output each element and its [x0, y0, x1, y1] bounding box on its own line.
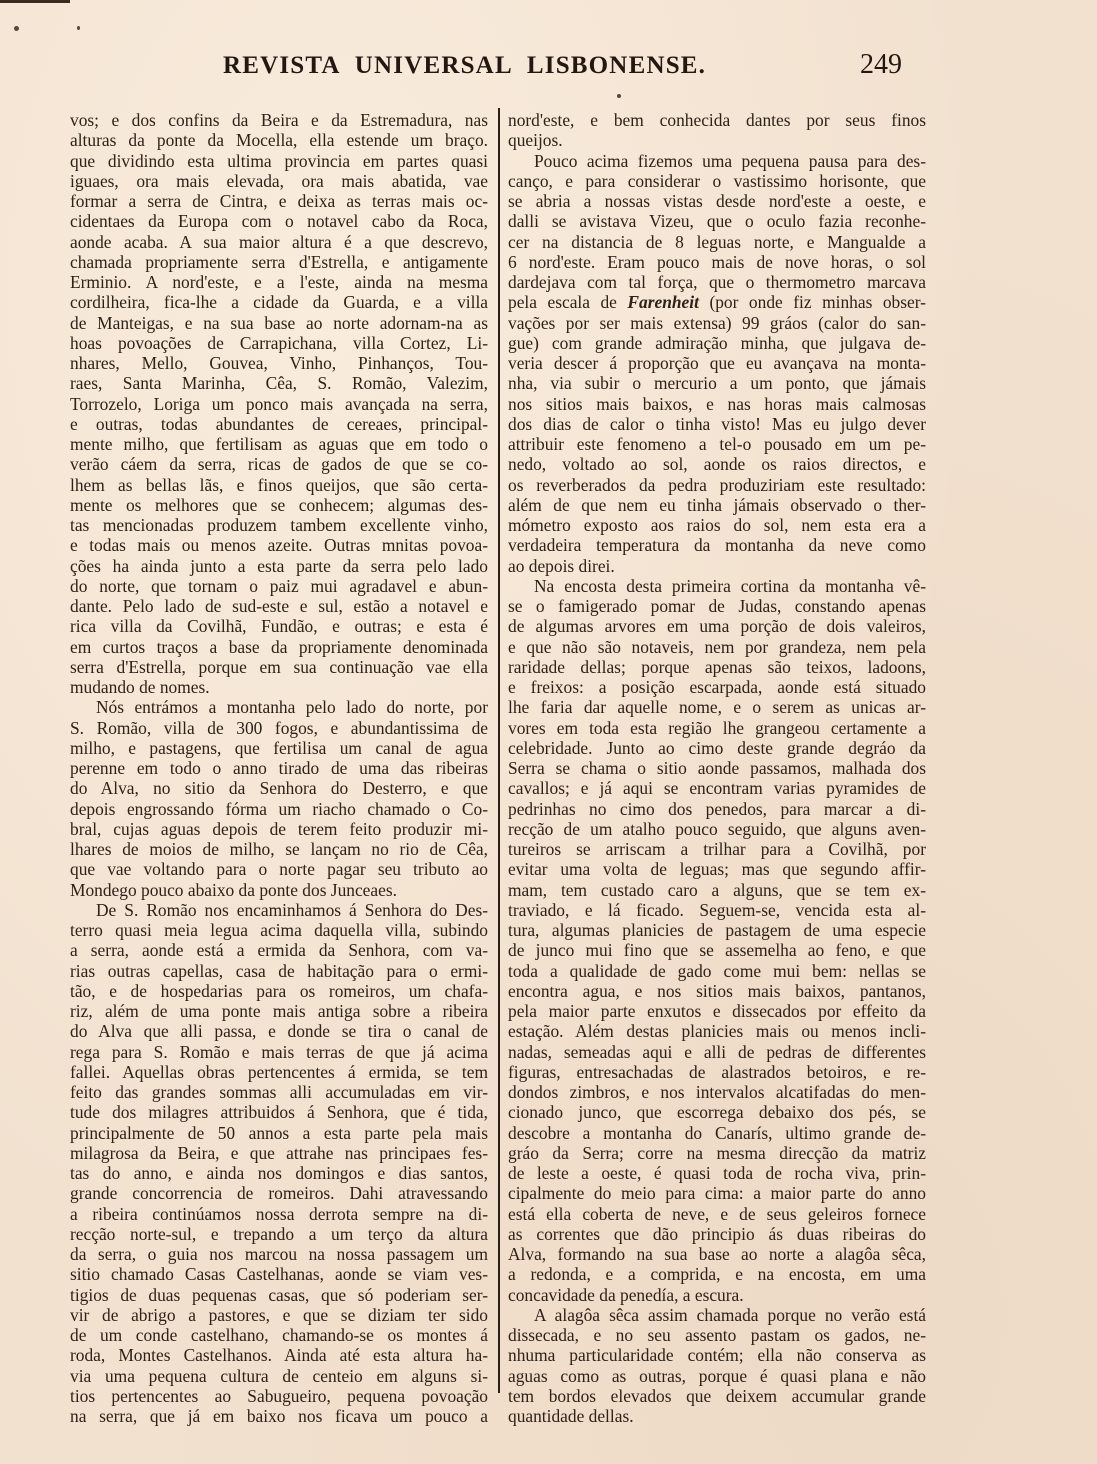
text-line: serra d'Estrella, porque em sua continua… [70, 657, 488, 677]
journal-title: REVISTA UNIVERSAL LISBONENSE. [223, 52, 706, 80]
text-line: além de que nem eu tinha jámais observad… [508, 495, 926, 515]
text-line: está ella coberta de neve, e de seus gel… [508, 1204, 926, 1224]
text-line: riz, além de uma ponte mais antiga sobre… [70, 1001, 488, 1021]
text-line: nos sitios mais baixos, e nas horas mais… [508, 394, 926, 414]
text-line: dalli se avistava Vizeu, que o oculo faz… [508, 211, 926, 231]
text-line: rica villa da Covilhã, Fundão, e outras;… [70, 616, 488, 636]
text-line: cordilheira, fica-lhe a cidade da Guarda… [70, 292, 488, 312]
text-line: as correntes que dão principio ás duas r… [508, 1224, 926, 1244]
text-line: formar a serra de Cintra, e deixa as ter… [70, 191, 488, 211]
column-rule [498, 108, 500, 1393]
text-line: feito das grandes sommas alli accumulada… [70, 1082, 488, 1102]
text-line: Serra se chama o sitio aonde passamos, m… [508, 758, 926, 778]
text-line: raridade dellas; porque apenas são teixo… [508, 657, 926, 677]
text-line: raes, Santa Marinha, Cêa, S. Romão, Vale… [70, 373, 488, 393]
scanned-page: REVISTA UNIVERSAL LISBONENSE. 249 vos; e… [0, 0, 1097, 1464]
text-line: cavallos; e já aqui se encontram varias … [508, 778, 926, 798]
text-line: verão cáem da serra, ricas de gados de q… [70, 454, 488, 474]
text-line: se abria a nossas vistas desde nord'este… [508, 191, 926, 211]
text-line: lhem as bellas lãs, e finos queijos, que… [70, 475, 488, 495]
text-line: dos dias de calor o tinha visto! Mas eu … [508, 414, 926, 434]
text-line: ao depois direi. [508, 556, 926, 576]
text-line: S. Romão, villa de 300 fogos, e abundant… [70, 718, 488, 738]
text-line: encontra agua, e nos sitios mais baixos,… [508, 981, 926, 1001]
text-line: de junco mui fino que se assemelha ao fe… [508, 940, 926, 960]
page-edge-shadow [0, 0, 70, 3]
text-line: tude dos milagres attribuidos á Senhora,… [70, 1102, 488, 1122]
text-line: alturas da ponte da Mocella, ella estend… [70, 130, 488, 150]
text-line: cipalmente do meio para cima: a maior pa… [508, 1183, 926, 1203]
text-line: vos; e dos confins da Beira e da Estrema… [70, 110, 488, 130]
text-line: do Alva, no sitio da Senhora do Desterro… [70, 778, 488, 798]
text-line: do Alva que alli passa, e donde se tira … [70, 1021, 488, 1041]
text-line: De S. Romão nos encaminhamos á Senhora d… [70, 900, 488, 920]
text-line: quantidade dellas. [508, 1406, 926, 1426]
text-line: e freixos: a posição escarpada, aonde es… [508, 677, 926, 697]
text-line: tão, e de hospedarias para os romeiros, … [70, 981, 488, 1001]
text-line: recção norte-sul, e trepando a um terço … [70, 1224, 488, 1244]
text-line: pedrinhas no cimo dos penedos, para marc… [508, 799, 926, 819]
text-line: em curtos traços a base da propriamente … [70, 637, 488, 657]
paper-speck [77, 26, 80, 30]
text-line: attribuir este fenomeno a tel-o pousado … [508, 434, 926, 454]
text-line: mómetro exposto aos raios do sol, nem es… [508, 515, 926, 535]
text-line: A alagôa sêca assim chamada porque no ve… [508, 1305, 926, 1325]
text-line: ções ha ainda junto a esta parte da serr… [70, 556, 488, 576]
text-line: mente os melhores que se conhecem; algum… [70, 495, 488, 515]
text-line: concavidade da penedía, a escura. [508, 1285, 926, 1305]
text-line: iguaes, ora mais elevada, ora mais abati… [70, 171, 488, 191]
text-line: nord'este, e bem conhecida dantes por se… [508, 110, 926, 130]
text-line: pela escala de Farenheit (por onde fiz m… [508, 292, 926, 312]
text-line: evitar uma volta de leguas; mas que segu… [508, 859, 926, 879]
text-line: os reverberados da pedra produziriam est… [508, 475, 926, 495]
text-line: Na encosta desta primeira cortina da mon… [508, 576, 926, 596]
paper-speck [14, 26, 19, 31]
italic-term: Farenheit [627, 292, 699, 312]
text-line: milagrosa da Beira, e que attrahe nas pr… [70, 1143, 488, 1163]
running-header: REVISTA UNIVERSAL LISBONENSE. 249 [60, 52, 940, 86]
text-line: Erminio. A nord'este, e a l'este, ainda … [70, 272, 488, 292]
text-line: a ribeira continúamos nossa derrota semp… [70, 1204, 488, 1224]
text-line: a serra, aonde está a ermida da Senhora,… [70, 940, 488, 960]
text-line: recção de um atalho pouco seguido, que a… [508, 819, 926, 839]
text-line: roda, Montes Castelhanos. Ainda até esta… [70, 1345, 488, 1365]
text-column-left: vos; e dos confins da Beira e da Estrema… [70, 110, 488, 1426]
text-column-right: nord'este, e bem conhecida dantes por se… [508, 110, 926, 1426]
text-line: canço, e para considerar o vastissimo ho… [508, 171, 926, 191]
text-line: cidentaes da Europa com o notavel cabo d… [70, 211, 488, 231]
text-line: tura, algumas planicies de pastagem de u… [508, 920, 926, 940]
paper-speck [617, 94, 621, 98]
text-line: Alva, formando na sua base ao norte a al… [508, 1244, 926, 1264]
text-line: vores em toda esta região lhe grangeou c… [508, 718, 926, 738]
text-line: e que não são notaveis, nem por grandeza… [508, 637, 926, 657]
text-line: traviado, e lá ficado. Seguem-se, vencid… [508, 900, 926, 920]
text-line: aguas como as outras, porque é quasi pla… [508, 1366, 926, 1386]
text-line: de Manteigas, e na sua base ao norte ado… [70, 313, 488, 333]
text-line: bral, cujas aguas depois de terem feito … [70, 819, 488, 839]
text-line: hoas povoações de Carrapichana, villa Co… [70, 333, 488, 353]
text-line: tios pertencentes ao Sabugueiro, pequena… [70, 1386, 488, 1406]
page-number: 249 [860, 49, 902, 81]
text-line: lhe faria dar aquelle nome, e o serem as… [508, 697, 926, 717]
text-line: de algumas arvores em uma porção de dois… [508, 616, 926, 636]
text-line: celebridade. Junto ao cimo deste grande … [508, 738, 926, 758]
text-line: a redonda, e a comprida, e na encosta, e… [508, 1264, 926, 1284]
text-line: na serra, que já em baixo nos ficava um … [70, 1406, 488, 1426]
text-line: depois engrossando fórma um riacho chama… [70, 799, 488, 819]
text-line: 6 nord'este. Eram pouco mais de nove hor… [508, 252, 926, 272]
text-line: grande concorrencia de romeiros. Dahi at… [70, 1183, 488, 1203]
text-line: Pouco acima fizemos uma pequena pausa pa… [508, 151, 926, 171]
text-line: vir de abrigo a pastores, e que se dizia… [70, 1305, 488, 1325]
text-line: do norte, que tornam o paiz mui agradave… [70, 576, 488, 596]
text-line: Torrozelo, Loriga um ponco mais avançada… [70, 394, 488, 414]
text-line: principalmente de 50 annos a esta parte … [70, 1123, 488, 1143]
text-line: pela maior parte enxutos e dissecados po… [508, 1001, 926, 1021]
text-line: cer na distancia de 8 leguas norte, e Ma… [508, 232, 926, 252]
text-line: nha, via subir o mercurio a um ponto, qu… [508, 373, 926, 393]
text-line: verdadeira temperatura da montanha da ne… [508, 535, 926, 555]
text-line: estação. Além destas planicies mais ou m… [508, 1021, 926, 1041]
text-line: fallei. Aquellas obras pertencentes á er… [70, 1062, 488, 1082]
text-line: rias outras capellas, casa de habitação … [70, 961, 488, 981]
text-line: gráo da Serra; corre na mesma direcção d… [508, 1143, 926, 1163]
text-line: e outras, todas abundantes de cereaes, p… [70, 414, 488, 434]
text-line: nhuma particularidade contém; ella não c… [508, 1345, 926, 1365]
text-line: mente milho, que fertilisam as aguas que… [70, 434, 488, 454]
text-line: sitio chamado Casas Castelhanas, aonde s… [70, 1264, 488, 1284]
text-line: tas mencionadas produzem tambem excellen… [70, 515, 488, 535]
text-line: da serra, o guia nos marcou na nossa pas… [70, 1244, 488, 1264]
text-line: via uma pequena cultura de centeio em al… [70, 1366, 488, 1386]
text-line: dissecada, e no seu assento pastam os ga… [508, 1325, 926, 1345]
text-line: tas do anno, e ainda nos domingos e dias… [70, 1163, 488, 1183]
text-line: aonde acaba. A sua maior altura é a que … [70, 232, 488, 252]
text-line: mam, tem custado caro a alguns, que se t… [508, 880, 926, 900]
text-line: se o famigerado pomar de Judas, constand… [508, 596, 926, 616]
text-line: dante. Pelo lado de sud-este e sul, estã… [70, 596, 488, 616]
text-line: descobre a montanha do Canarís, ultimo g… [508, 1123, 926, 1143]
text-line: que vae voltando para o norte pagar seu … [70, 859, 488, 879]
text-line: de um conde castelhano, chamando-se os m… [70, 1325, 488, 1345]
text-line: mudando de nomes. [70, 677, 488, 697]
text-line: Nós entrámos a montanha pelo lado do nor… [70, 697, 488, 717]
text-line: perenne em todo o anno tirado de uma das… [70, 758, 488, 778]
text-line: nedo, voltado ao sol, aonde os raios dir… [508, 454, 926, 474]
text-line: cionado junco, que escorrega debaixo dos… [508, 1102, 926, 1122]
text-line: tureiros se arriscam a trilhar para a Co… [508, 839, 926, 859]
text-line: gue) com grande admiração minha, que jul… [508, 333, 926, 353]
text-line: que dividindo esta ultima provincia em p… [70, 151, 488, 171]
text-line: Mondego pouco abaixo da ponte dos Juncea… [70, 880, 488, 900]
text-line: lhares de moios de milho, se lançam no r… [70, 839, 488, 859]
text-line: de leste a oeste, é quasi toda de rocha … [508, 1163, 926, 1183]
text-line: tem bordos elevados que deixem accumular… [508, 1386, 926, 1406]
text-line: nadas, semeadas aqui e alli de pedras de… [508, 1042, 926, 1062]
text-line: figuras, entresachadas de alastrados bet… [508, 1062, 926, 1082]
text-line: nhares, Mello, Gouvea, Vinho, Pinhanços,… [70, 353, 488, 373]
text-line: toda a qualidade de gado come mui bem: n… [508, 961, 926, 981]
text-line: milho, e pastagens, que fertilisa um can… [70, 738, 488, 758]
text-line: queijos. [508, 130, 926, 150]
text-line: rega para S. Romão e mais terras de que … [70, 1042, 488, 1062]
text-line: veria descer á proporção que eu avançava… [508, 353, 926, 373]
text-line: terro quasi meia legua acima daquella vi… [70, 920, 488, 940]
text-line: chamada propriamente serra d'Estrella, e… [70, 252, 488, 272]
text-line: dardejava com tal força, que o thermomet… [508, 272, 926, 292]
text-line: vações por ser mais extensa) 99 gráos (c… [508, 313, 926, 333]
text-line: tigios de duas pequenas casas, que só po… [70, 1285, 488, 1305]
text-line: dondos zimbros, e nos intervalos alcatif… [508, 1082, 926, 1102]
text-line: e todas mais ou menos azeite. Outras mni… [70, 535, 488, 555]
